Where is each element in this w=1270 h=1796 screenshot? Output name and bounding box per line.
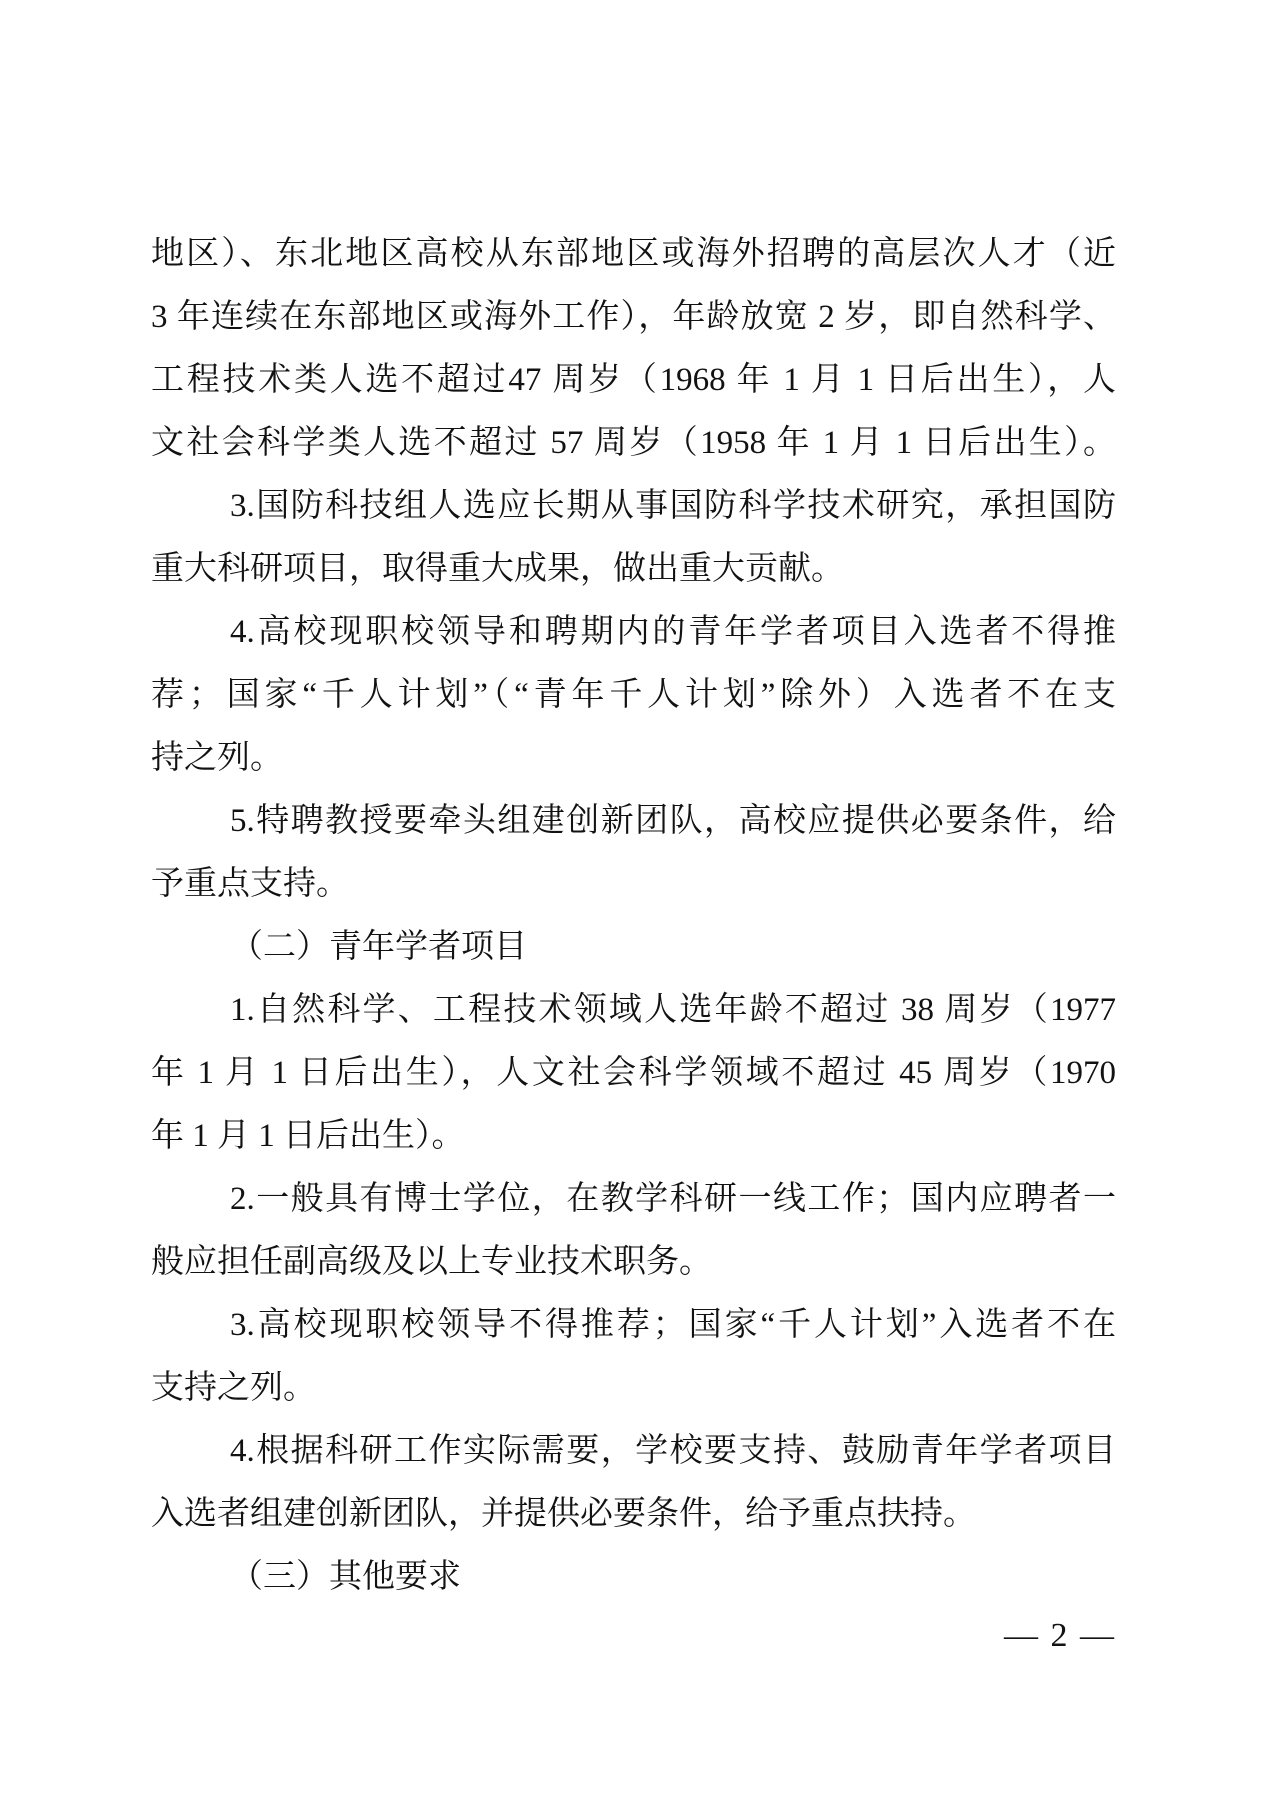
document-body: 地区）、东北地区高校从东部地区或海外招聘的高层次人才（近 3 年连续在东部地区或… — [151, 223, 1116, 1609]
document-line: 3.高校现职校领导不得推荐；国家“千人计划”入选者不在 — [151, 1294, 1116, 1357]
document-line: 年 1 月 1 日后出生）。 — [151, 1105, 1116, 1168]
document-line: 工程技术类人选不超过47 周岁（1968 年 1 月 1 日后出生），人 — [151, 349, 1116, 412]
document-line: 支持之列。 — [151, 1357, 1116, 1420]
document-line: 重大科研项目，取得重大成果，做出重大贡献。 — [151, 538, 1116, 601]
document-line: 5.特聘教授要牵头组建创新团队，高校应提供必要条件，给 — [151, 790, 1116, 853]
document-line: 文社会科学类人选不超过 57 周岁（1958 年 1 月 1 日后出生）。 — [151, 412, 1116, 475]
document-section-heading: （二）青年学者项目 — [151, 916, 1116, 979]
page-number: — 2 — — [1004, 1616, 1116, 1656]
document-page: 地区）、东北地区高校从东部地区或海外招聘的高层次人才（近 3 年连续在东部地区或… — [0, 0, 1270, 1796]
document-line: 般应担任副高级及以上专业技术职务。 — [151, 1231, 1116, 1294]
document-line: 2.一般具有博士学位，在教学科研一线工作；国内应聘者一 — [151, 1168, 1116, 1231]
document-line: 予重点支持。 — [151, 853, 1116, 916]
document-line: 4.根据科研工作实际需要，学校要支持、鼓励青年学者项目 — [151, 1420, 1116, 1483]
document-line: 持之列。 — [151, 727, 1116, 790]
document-line: 地区）、东北地区高校从东部地区或海外招聘的高层次人才（近 — [151, 223, 1116, 286]
document-line: 3.国防科技组人选应长期从事国防科学技术研究，承担国防 — [151, 475, 1116, 538]
document-line: 年 1 月 1 日后出生），人文社会科学领域不超过 45 周岁（1970 — [151, 1042, 1116, 1105]
document-line: 1.自然科学、工程技术领域人选年龄不超过 38 周岁（1977 — [151, 979, 1116, 1042]
document-line: 4.高校现职校领导和聘期内的青年学者项目入选者不得推 — [151, 601, 1116, 664]
document-line: 3 年连续在东部地区或海外工作），年龄放宽 2 岁，即自然科学、 — [151, 286, 1116, 349]
document-line: 入选者组建创新团队，并提供必要条件，给予重点扶持。 — [151, 1483, 1116, 1546]
document-line: 荐；国家“千人计划”（“青年千人计划”除外）入选者不在支 — [151, 664, 1116, 727]
document-section-heading: （三）其他要求 — [151, 1546, 1116, 1609]
